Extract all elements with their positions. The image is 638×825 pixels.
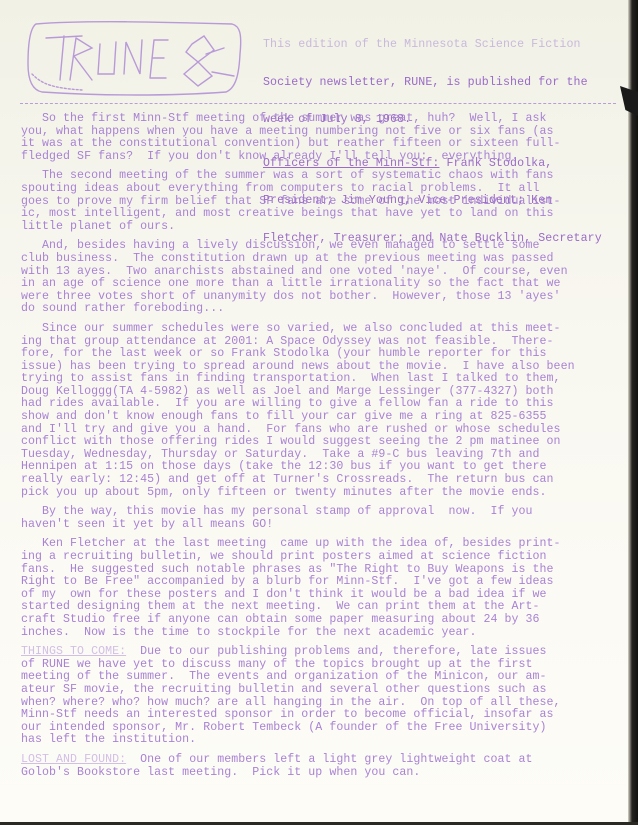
text-line: By the way, this movie has my personal s… xyxy=(21,506,621,519)
masthead-intro-line-1: This edition of the Minnesota Science Fi… xyxy=(263,39,628,52)
text-line: craft Studio free if anyone can obtain s… xyxy=(21,614,621,627)
text-line: fledged SF fans? If you don't know alrea… xyxy=(21,151,621,164)
text-line: trying to assist fans in finding transpo… xyxy=(21,373,621,386)
text-line: ateur SF movie, the recruiting bulletin … xyxy=(21,684,621,697)
paragraph: The second meeting of the summer was a s… xyxy=(21,170,621,233)
paragraph: And, besides having a lively discussion,… xyxy=(21,240,621,316)
newsletter-body: So the first Minn-Stf meeting of the sum… xyxy=(21,113,621,786)
rune-logo-drawing-icon xyxy=(22,14,244,98)
dashed-divider xyxy=(20,103,616,104)
text-line: So the first Minn-Stf meeting of the sum… xyxy=(21,113,621,126)
text-line: ic, most intelligent, and most creative … xyxy=(21,208,621,221)
text-line: ing a recruiting bulletin, we should pri… xyxy=(21,551,621,564)
text-line: in an age of science one more than a lit… xyxy=(21,278,621,291)
text-line: haven't seen it yet by all means GO! xyxy=(21,519,621,532)
text-line: conflict with those offering rides I wou… xyxy=(21,436,621,449)
text-line: LOST AND FOUND: One of our members left … xyxy=(21,754,621,767)
section-heading: LOST AND FOUND: xyxy=(21,753,126,766)
text-line: really early: 12:45) and get off at Turn… xyxy=(21,474,621,487)
text-line: do sound rather foreboding... xyxy=(21,303,621,316)
text-line: club business. The constitution drawn up… xyxy=(21,253,621,266)
text-run: One of our members left a light grey lig… xyxy=(126,753,532,766)
text-line: Minn-Stf needs an interested sponsor in … xyxy=(21,709,621,722)
text-run: Due to our publishing problems and, ther… xyxy=(126,645,546,658)
paragraph: LOST AND FOUND: One of our members left … xyxy=(21,754,621,779)
text-line: inches. Now is the time to stockpile for… xyxy=(21,627,621,640)
masthead-intro-line-2: Society newsletter, RUNE, is published f… xyxy=(263,77,628,90)
paragraph: So the first Minn-Stf meeting of the sum… xyxy=(21,113,621,163)
page-edge-shadow xyxy=(628,0,638,825)
text-line: little planet of ours. xyxy=(21,221,621,234)
text-line: show and don't know enough fans to fill … xyxy=(21,411,621,424)
text-line: Golob's Bookstore last meeting. Pick it … xyxy=(21,767,621,780)
paragraph: Ken Fletcher at the last meeting came up… xyxy=(21,538,621,639)
paragraph: By the way, this movie has my personal s… xyxy=(21,506,621,531)
text-line: has left the institution. xyxy=(21,734,621,747)
text-line: THINGS TO COME: Due to our publishing pr… xyxy=(21,646,621,659)
section-heading: THINGS TO COME: xyxy=(21,645,126,658)
paragraph: Since our summer schedules were so varie… xyxy=(21,323,621,499)
text-line: Since our summer schedules were so varie… xyxy=(21,323,621,336)
rune-logo xyxy=(22,14,244,98)
text-line: fore, for the last week or so Frank Stod… xyxy=(21,348,621,361)
text-line: spouting ideas about everything from com… xyxy=(21,183,621,196)
text-line: Right to Be Free" accompanied by a blurb… xyxy=(21,576,621,589)
paragraph: THINGS TO COME: Due to our publishing pr… xyxy=(21,646,621,747)
text-line: pick you up about 5pm, only fifteen or t… xyxy=(21,487,621,500)
newsletter-page: This edition of the Minnesota Science Fi… xyxy=(0,0,628,822)
text-line: it was at the constitutional convention)… xyxy=(21,138,621,151)
